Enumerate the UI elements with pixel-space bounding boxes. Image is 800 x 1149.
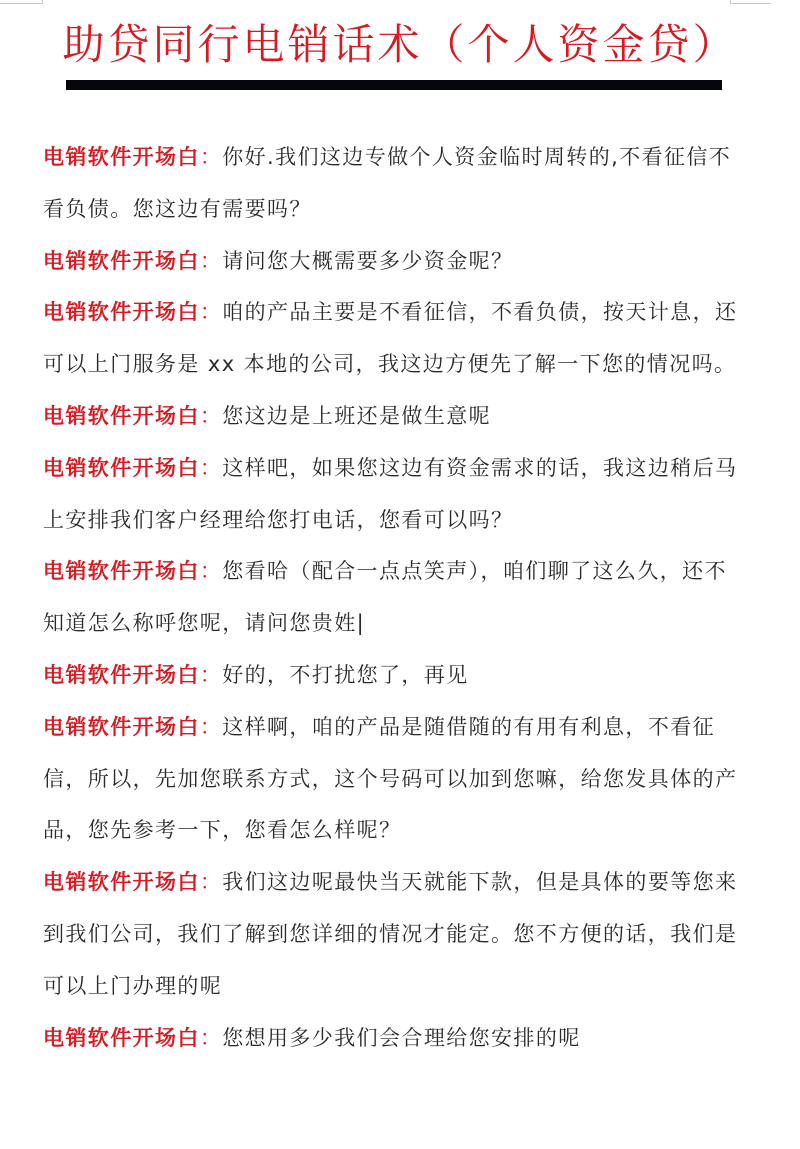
- script-paragraph-2: 电销软件开场白：请问您大概需要多少资金呢？: [43, 236, 738, 288]
- script-paragraph-9: 电销软件开场白：我们这边呢最快当天就能下款，但是具体的要等您来到我们公司，我们了…: [43, 857, 738, 1012]
- script-content: 电销软件开场白：你好.我们这边专做个人资金临时周转的,不看征信不看负债。您这边有…: [43, 132, 738, 1064]
- label-separator: ：: [200, 870, 222, 894]
- speaker-label: 电销软件开场白: [43, 559, 200, 583]
- script-paragraph-10: 电销软件开场白：您想用多少我们会合理给您安排的呢: [43, 1013, 738, 1065]
- speaker-label: 电销软件开场白: [43, 1026, 200, 1050]
- document-title: 助贷同行电销话术（个人资金贷）: [0, 18, 800, 72]
- label-separator: ：: [200, 249, 222, 273]
- script-paragraph-8: 电销软件开场白：这样啊，咱的产品是随借随的有用有利息，不看征信，所以，先加您联系…: [43, 702, 738, 857]
- script-line-text: 好的，不打扰您了，再见: [222, 663, 468, 687]
- script-paragraph-7: 电销软件开场白：好的，不打扰您了，再见: [43, 650, 738, 702]
- page-corner-mark-left: [0, 0, 43, 4]
- script-line-text: 您想用多少我们会合理给您安排的呢: [222, 1026, 580, 1050]
- speaker-label: 电销软件开场白: [43, 870, 200, 894]
- speaker-label: 电销软件开场白: [43, 300, 200, 324]
- script-paragraph-5: 电销软件开场白：这样吧，如果您这边有资金需求的话，我这边稍后马上安排我们客户经理…: [43, 443, 738, 547]
- label-separator: ：: [200, 404, 222, 428]
- label-separator: ：: [200, 715, 222, 739]
- script-line-text: 请问您大概需要多少资金呢？: [222, 249, 513, 273]
- label-separator: ：: [200, 1026, 222, 1050]
- script-paragraph-6: 电销软件开场白：您看哈（配合一点点笑声），咱们聊了这么久，还不知道怎么称呼您呢，…: [43, 546, 738, 650]
- speaker-label: 电销软件开场白: [43, 456, 200, 480]
- label-separator: ：: [200, 559, 222, 583]
- speaker-label: 电销软件开场白: [43, 663, 200, 687]
- script-paragraph-4: 电销软件开场白：您这边是上班还是做生意呢: [43, 391, 738, 443]
- speaker-label: 电销软件开场白: [43, 404, 200, 428]
- page-corner-mark-right: [730, 0, 771, 4]
- script-line-text: 您这边是上班还是做生意呢: [222, 404, 491, 428]
- script-paragraph-1: 电销软件开场白：你好.我们这边专做个人资金临时周转的,不看征信不看负债。您这边有…: [43, 132, 738, 236]
- title-underline-rule: [66, 80, 722, 90]
- label-separator: ：: [200, 300, 222, 324]
- label-separator: ：: [200, 456, 222, 480]
- script-paragraph-3: 电销软件开场白：咱的产品主要是不看征信，不看负债，按天计息，还可以上门服务是 x…: [43, 287, 738, 391]
- label-separator: ：: [200, 145, 222, 169]
- speaker-label: 电销软件开场白: [43, 249, 200, 273]
- speaker-label: 电销软件开场白: [43, 145, 200, 169]
- speaker-label: 电销软件开场白: [43, 715, 200, 739]
- label-separator: ：: [200, 663, 222, 687]
